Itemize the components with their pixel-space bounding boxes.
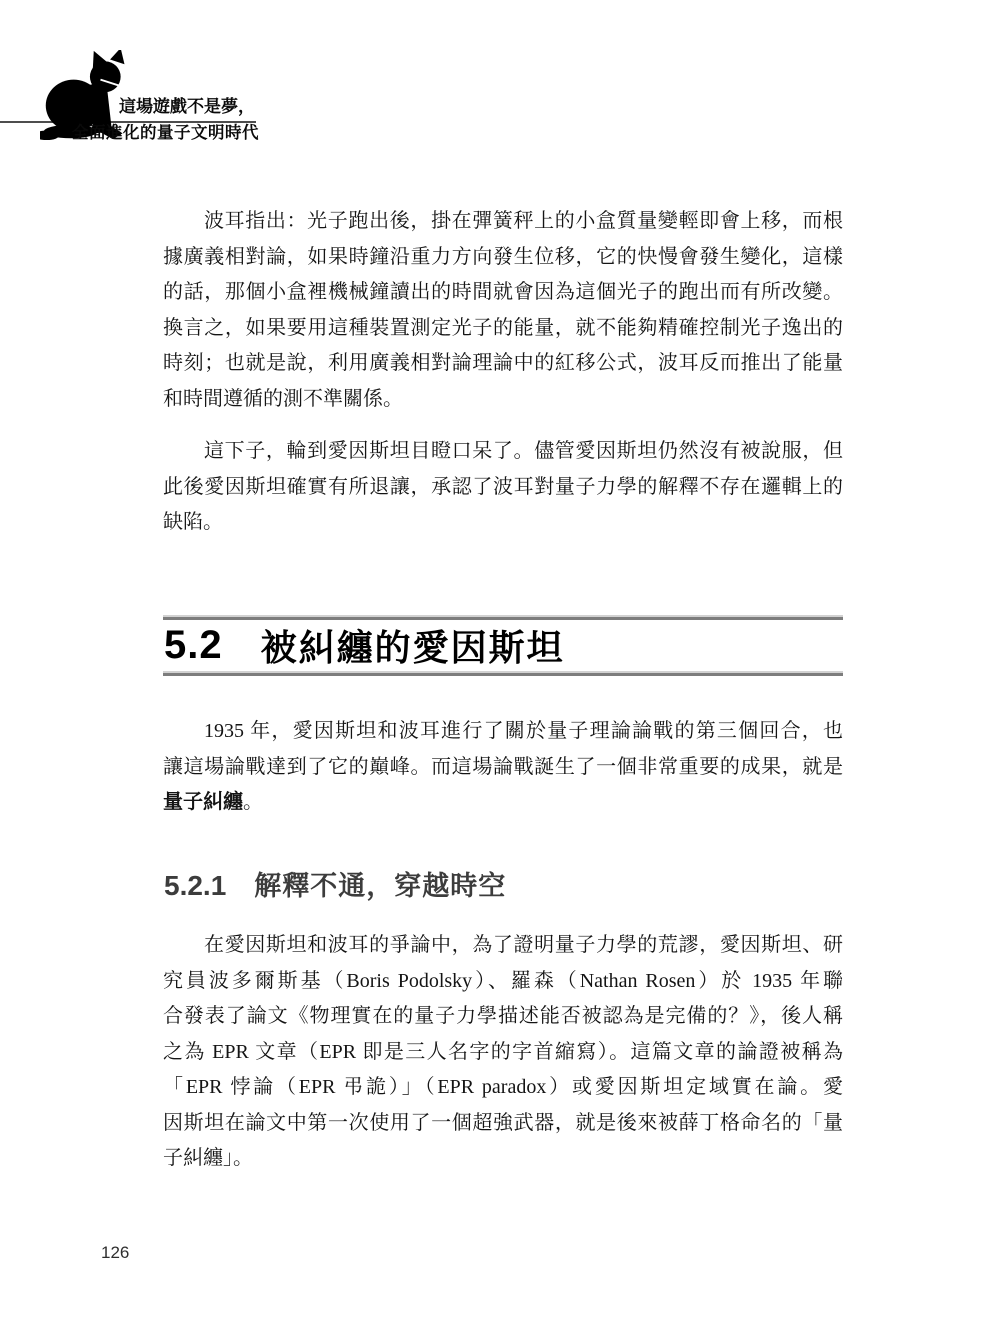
section-title: 被糾纏的愛因斯坦 bbox=[261, 620, 565, 671]
text-line: 子糾纏」。 bbox=[163, 1141, 843, 1177]
paragraph-bohr-argument: 波耳指出：光子跑出後，掛在彈簧秤上的小盒質量變輕即會上移，而根據廣義相對論，如果… bbox=[163, 204, 843, 417]
text-segment: 時刻；也就是說，利用廣義相對論理論中的紅移公式，波耳反而推出了能量 bbox=[163, 352, 843, 374]
text-segment: 此後愛因斯坦確實有所退讓，承認了波耳對量子力學的解釋不存在邏輯上的 bbox=[163, 476, 843, 498]
text-line: 究員波多爾斯基（Boris Podolsky）、羅森（Nathan Rosen）… bbox=[163, 964, 843, 1000]
section-heading: 5.2 被糾纏的愛因斯坦 bbox=[164, 620, 844, 671]
text-line: 因斯坦在論文中第一次使用了一個超強武器，就是後來被薛丁格命名的「量 bbox=[163, 1106, 843, 1142]
text-segment: 子糾纏」。 bbox=[163, 1147, 253, 1169]
paragraph-1935-round3: 1935 年，愛因斯坦和波耳進行了關於量子理論論戰的第三個回合，也讓這場論戰達到… bbox=[163, 714, 843, 821]
text-segment: 究員波多爾斯基（Boris Podolsky）、羅森（Nathan Rosen）… bbox=[163, 970, 843, 992]
text-segment: 「EPR 悖論（EPR 弔詭）」（EPR paradox）或愛因斯坦定域實在論。… bbox=[163, 1076, 843, 1098]
paragraph-epr-paper: 在愛因斯坦和波耳的爭論中，為了證明量子力學的荒謬，愛因斯坦、研究員波多爾斯基（B… bbox=[163, 928, 843, 1177]
text-line: 之為 EPR 文章（EPR 即是三人名字的字首縮寫）。這篇文章的論證被稱為 bbox=[163, 1035, 843, 1071]
paragraph-einstein-concede: 這下子，輪到愛因斯坦目瞪口呆了。儘管愛因斯坦仍然沒有被說服，但此後愛因斯坦確實有… bbox=[163, 434, 843, 541]
page-number: 126 bbox=[101, 1243, 129, 1263]
header-tagline-line1: 這場遊戲不是夢， bbox=[0, 96, 255, 118]
text-line: 的話，那個小盒裡機械鐘讀出的時間就會因為這個光子的跑出而有所改變。 bbox=[163, 275, 843, 311]
text-segment: 讓這場論戰達到了它的巔峰。而這場論戰誕生了一個非常重要的成果，就是 bbox=[163, 756, 843, 778]
text-segment: 合發表了論文《物理實在的量子力學描述能否被認為是完備的？》，後人稱 bbox=[163, 1005, 843, 1027]
subsection-title: 解釋不通，穿越時空 bbox=[254, 864, 506, 903]
text-line: 波耳指出：光子跑出後，掛在彈簧秤上的小盒質量變輕即會上移，而根 bbox=[163, 204, 843, 240]
emphasized-term: 量子糾纏 bbox=[163, 791, 243, 813]
header-tagline-line2: 全面進化的量子文明時代 bbox=[0, 123, 259, 144]
text-line: 「EPR 悖論（EPR 弔詭）」（EPR paradox）或愛因斯坦定域實在論。… bbox=[163, 1070, 843, 1106]
text-segment: 。 bbox=[243, 791, 263, 813]
book-page: 這場遊戲不是夢， 全面進化的量子文明時代 波耳指出：光子跑出後，掛在彈簧秤上的小… bbox=[0, 0, 1000, 1339]
text-segment: 這下子，輪到愛因斯坦目瞪口呆了。儘管愛因斯坦仍然沒有被說服，但 bbox=[204, 440, 843, 462]
text-segment: 和時間遵循的測不準關係。 bbox=[163, 388, 403, 410]
text-line: 讓這場論戰達到了它的巔峰。而這場論戰誕生了一個非常重要的成果，就是 bbox=[163, 750, 843, 786]
text-segment: 缺陷。 bbox=[163, 511, 223, 533]
text-segment: 據廣義相對論，如果時鐘沿重力方向發生位移，它的快慢會發生變化，這樣 bbox=[163, 246, 843, 268]
text-line: 合發表了論文《物理實在的量子力學描述能否被認為是完備的？》，後人稱 bbox=[163, 999, 843, 1035]
text-segment: 波耳指出：光子跑出後，掛在彈簧秤上的小盒質量變輕即會上移，而根 bbox=[204, 210, 843, 232]
text-segment: 1935 年，愛因斯坦和波耳進行了關於量子理論論戰的第三個回合，也 bbox=[204, 720, 843, 742]
text-line: 據廣義相對論，如果時鐘沿重力方向發生位移，它的快慢會發生變化，這樣 bbox=[163, 240, 843, 276]
text-segment: 之為 EPR 文章（EPR 即是三人名字的字首縮寫）。這篇文章的論證被稱為 bbox=[163, 1041, 843, 1063]
text-line: 在愛因斯坦和波耳的爭論中，為了證明量子力學的荒謬，愛因斯坦、研 bbox=[163, 928, 843, 964]
text-line: 量子糾纏。 bbox=[163, 785, 843, 821]
text-line: 這下子，輪到愛因斯坦目瞪口呆了。儘管愛因斯坦仍然沒有被說服，但 bbox=[163, 434, 843, 470]
subsection-number: 5.2.1 bbox=[164, 870, 226, 902]
text-line: 此後愛因斯坦確實有所退讓，承認了波耳對量子力學的解釋不存在邏輯上的 bbox=[163, 470, 843, 506]
text-line: 和時間遵循的測不準關係。 bbox=[163, 382, 843, 418]
text-line: 1935 年，愛因斯坦和波耳進行了關於量子理論論戰的第三個回合，也 bbox=[163, 714, 843, 750]
text-segment: 換言之，如果要用這種裝置測定光子的能量，就不能夠精確控制光子逸出的 bbox=[163, 317, 843, 339]
text-line: 換言之，如果要用這種裝置測定光子的能量，就不能夠精確控制光子逸出的 bbox=[163, 311, 843, 347]
section-number: 5.2 bbox=[164, 623, 223, 668]
text-segment: 因斯坦在論文中第一次使用了一個超強武器，就是後來被薛丁格命名的「量 bbox=[163, 1112, 843, 1134]
text-segment: 在愛因斯坦和波耳的爭論中，為了證明量子力學的荒謬，愛因斯坦、研 bbox=[204, 934, 843, 956]
text-line: 時刻；也就是說，利用廣義相對論理論中的紅移公式，波耳反而推出了能量 bbox=[163, 346, 843, 382]
section-rule-bottom bbox=[163, 671, 843, 676]
subsection-heading: 5.2.1 解釋不通，穿越時空 bbox=[164, 864, 844, 903]
text-segment: 的話，那個小盒裡機械鐘讀出的時間就會因為這個光子的跑出而有所改變。 bbox=[163, 281, 843, 303]
text-line: 缺陷。 bbox=[163, 505, 843, 541]
